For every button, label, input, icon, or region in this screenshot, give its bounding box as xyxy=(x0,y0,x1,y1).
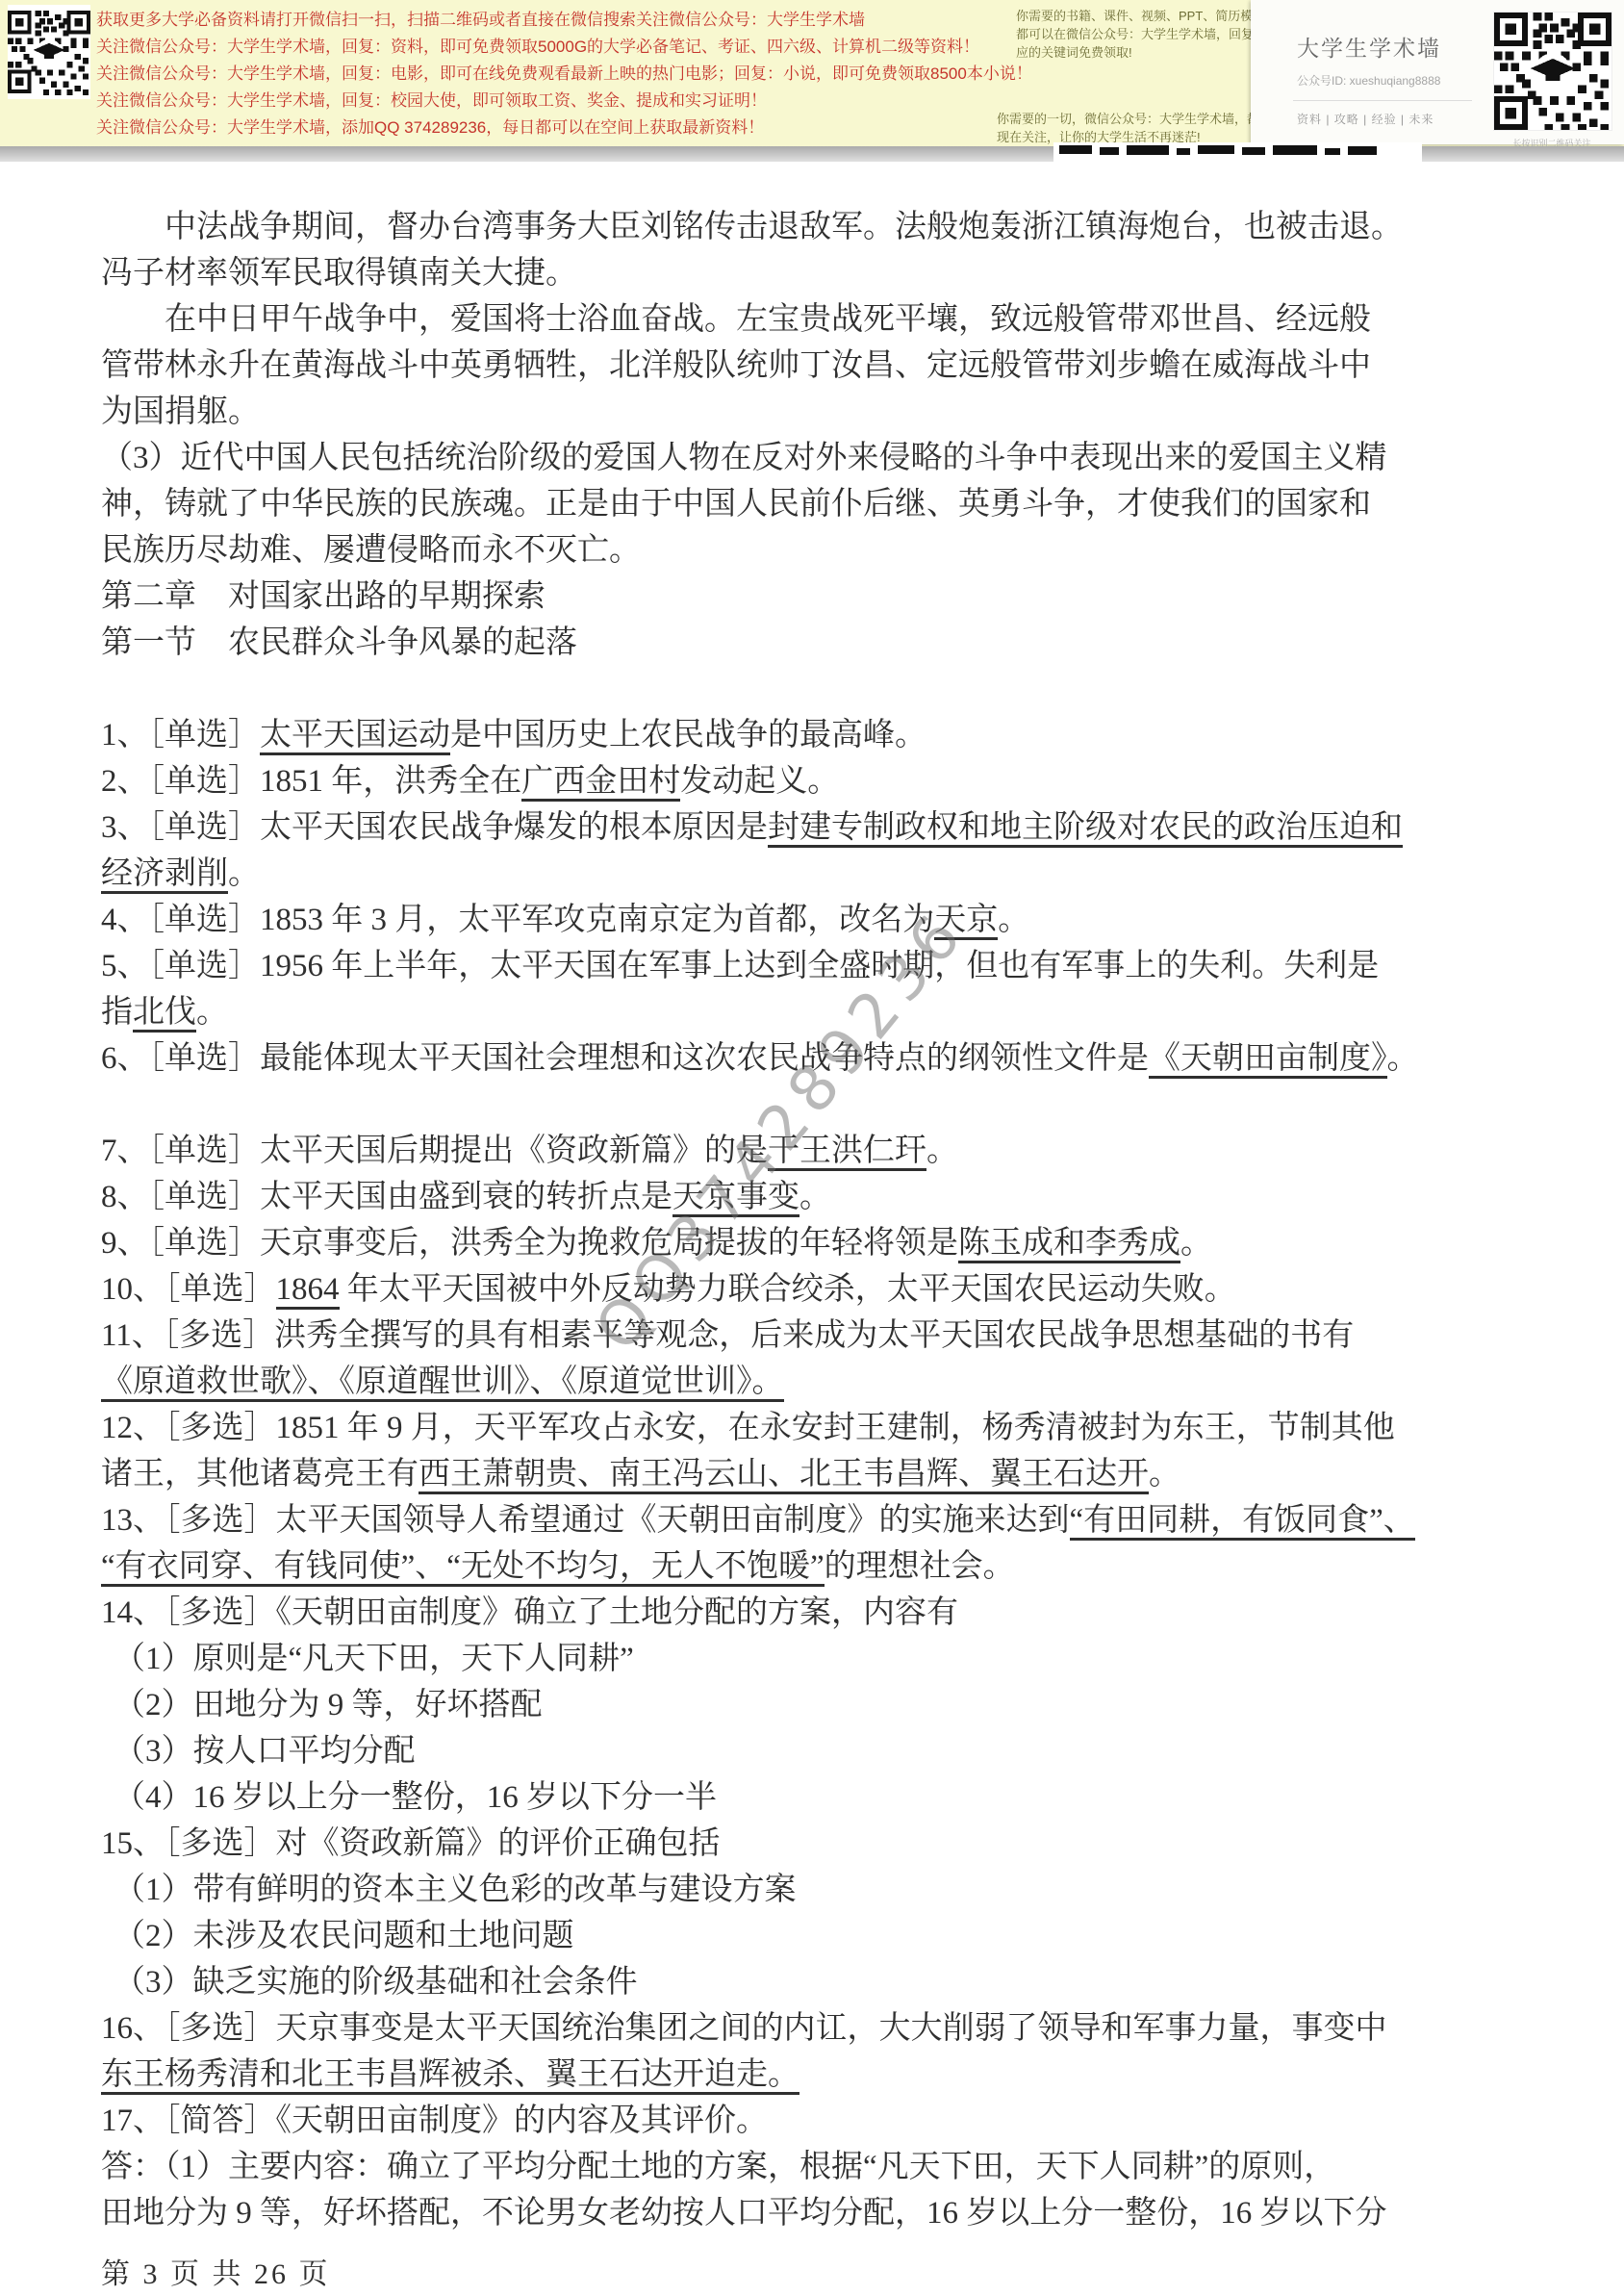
underlined-text: 北伐 xyxy=(133,995,196,1033)
doc-text: （1）原则是“凡天下田，天下人同耕” xyxy=(114,1642,634,1676)
document-body: 中法战争期间，督办台湾事务大臣刘铭传击退敌军。法般炮轰浙江镇海炮台，也被击退。冯… xyxy=(101,204,1527,2236)
doc-line: （2）田地分为 9 等，好坏搭配 xyxy=(101,1682,1527,1728)
doc-line: 指北伐。 xyxy=(101,989,1527,1035)
doc-text: 神，铸就了中华民族的民族魂。正是由于中国人民前仆后继、英勇斗争，才使我们的国家和 xyxy=(101,487,1371,522)
cropped-glyphs xyxy=(1053,142,1400,160)
doc-text: 2、［单选］1851 年，洪秀全在 xyxy=(101,764,521,799)
doc-text: 第二章 对国家出路的早期探索 xyxy=(101,579,546,614)
doc-line: 15、［多选］对《资政新篇》的评价正确包括 xyxy=(101,1821,1527,1867)
doc-text: 5、［单选］1956 年上半年，太平天国在军事上达到全盛时期，但也有军事上的失利… xyxy=(101,949,1379,983)
underlined-text: 《天朝田亩制度》 xyxy=(1149,1041,1387,1079)
doc-line: （3）按人口平均分配 xyxy=(101,1728,1527,1774)
doc-text: 。 xyxy=(1149,1457,1180,1492)
doc-text: 1、［单选］ xyxy=(101,718,260,752)
doc-text: 第一节 农民群众斗争风暴的起落 xyxy=(101,625,577,660)
qr-code-left xyxy=(8,5,90,99)
underlined-text: 广西金田村 xyxy=(521,764,680,802)
doc-text: 4、［单选］1853 年 3 月，太平军攻克南京定为首都，改名为 xyxy=(101,903,934,937)
doc-text: 。 xyxy=(196,995,228,1030)
qr-code-right: 长按识别二维码关注 xyxy=(1493,12,1611,149)
underlined-text: 天京 xyxy=(934,903,998,940)
footer-note-line: 你需要的一切，微信公众号：大学生学术墙，都有! xyxy=(997,110,1255,128)
doc-text: 17、［简答］《天朝田亩制度》的内容及其评价。 xyxy=(101,2104,768,2138)
doc-text: 的理想社会。 xyxy=(825,1549,1015,1584)
doc-text: 。 xyxy=(998,903,1029,937)
doc-line: （4）16 岁以上分一整份，16 岁以下分一半 xyxy=(101,1774,1527,1821)
doc-text: 8、［单选］太平天国由盛到衰的转折点是 xyxy=(101,1180,672,1214)
underlined-text: 天京事变 xyxy=(672,1180,799,1217)
banner-line: 关注微信公众号：大学生学术墙，回复：校园大使，即可领取工资、奖金、提成和实习证明… xyxy=(96,88,1032,115)
doc-line: 管带林永升在黄海战斗中英勇牺牲，北洋般队统帅丁汝昌、定远般管带刘步蟾在威海战斗中 xyxy=(101,343,1527,389)
doc-line: 在中日甲午战争中，爱国将士浴血奋战。左宝贵战死平壤，致远般管带邓世昌、经远般 xyxy=(101,296,1527,343)
underlined-text: 封建专制政权和地主阶级对农民的政治压迫和 xyxy=(768,810,1403,848)
divider xyxy=(1293,100,1472,101)
banner-line: 获取更多大学必备资料请打开微信扫一扫，扫描二维码或者直接在微信搜索关注微信公众号… xyxy=(96,7,1032,34)
doc-line: 《原道救世歌》、《原道醒世训》、《原道觉世训》。 xyxy=(101,1359,1527,1405)
doc-line: （2）未涉及农民问题和土地问题 xyxy=(101,1913,1527,1959)
doc-text: （3）按人口平均分配 xyxy=(114,1734,416,1769)
promo-banner: 获取更多大学必备资料请打开微信扫一扫，扫描二维码或者直接在微信搜索关注微信公众号… xyxy=(0,0,1624,146)
doc-text: 冯子材率领军民取得镇南关大捷。 xyxy=(101,256,577,291)
doc-line: 8、［单选］太平天国由盛到衰的转折点是天京事变。 xyxy=(101,1174,1527,1220)
doc-line: “有衣同穿、有钱同使”、“无处不均匀，无人不饱暖”的理想社会。 xyxy=(101,1543,1527,1590)
doc-line: 11、［多选］洪秀全撰写的具有相素平等观念，后来成为太平天国农民战争思想基础的书… xyxy=(101,1313,1527,1359)
doc-text: 管带林永升在黄海战斗中英勇牺牲，北洋般队统帅丁汝昌、定远般管带刘步蟾在威海战斗中 xyxy=(101,348,1371,383)
doc-text: （3）近代中国人民包括统治阶级的爱国人物在反对外来侵略的斗争中表现出来的爱国主义… xyxy=(101,441,1387,475)
wechat-account-card: 大学生学术墙 公众号ID: xueshuqiang8888 资料 | 攻略 | … xyxy=(1251,0,1624,144)
doc-text: （1）带有鲜明的资本主义色彩的改革与建设方案 xyxy=(114,1873,797,1907)
doc-line: 田地分为 9 等，好坏搭配，不论男女老幼按人口平均分配，16 岁以上分一整份，1… xyxy=(101,2190,1527,2236)
doc-text: 中法战争期间，督办台湾事务大臣刘铭传击退敌军。法般炮轰浙江镇海炮台，也被击退。 xyxy=(165,210,1403,244)
cropped-text-fragment xyxy=(1053,142,1422,162)
doc-line: 9、［单选］天京事变后，洪秀全为挽救危局提拔的年轻将领是陈玉成和李秀成。 xyxy=(101,1220,1527,1266)
side-note-line: 你需要的书籍、课件、视频、PPT、简历模板 xyxy=(1016,7,1258,25)
doc-line: 1、［单选］太平天国运动是中国历史上农民战争的最高峰。 xyxy=(101,712,1527,758)
underlined-text: 太平天国运动 xyxy=(260,718,450,755)
banner-promo-text: 获取更多大学必备资料请打开微信扫一扫，扫描二维码或者直接在微信搜索关注微信公众号… xyxy=(96,7,1032,141)
qr-code-image xyxy=(1493,12,1611,136)
doc-line: 7、［单选］太平天国后期提出《资政新篇》的是干王洪仁玕。 xyxy=(101,1128,1527,1174)
doc-text: （4）16 岁以上分一整份，16 岁以下分一半 xyxy=(114,1780,717,1815)
doc-text: 答：（1）主要内容：确立了平均分配土地的方案，根据“凡天下田，天下人同耕”的原则… xyxy=(101,2150,1335,2184)
banner-footer-note: 你需要的一切，微信公众号：大学生学术墙，都有!现在关注，让你的大学生活不再迷茫! xyxy=(997,110,1255,146)
doc-text: 13、［多选］太平天国领导人希望通过《天朝田亩制度》的实施来达到 xyxy=(101,1503,1070,1538)
doc-line: 答：（1）主要内容：确立了平均分配土地的方案，根据“凡天下田，天下人同耕”的原则… xyxy=(101,2144,1527,2190)
doc-text: 。 xyxy=(1180,1226,1212,1261)
doc-text: 。 xyxy=(799,1180,831,1214)
doc-line: 12、［多选］1851 年 9 月，天平军攻占永安，在永安封王建制，杨秀清被封为… xyxy=(101,1405,1527,1451)
doc-line: 14、［多选］《天朝田亩制度》确立了土地分配的方案，内容有 xyxy=(101,1590,1527,1636)
banner-line: 关注微信公众号：大学生学术墙，回复：资料，即可免费领取5000G的大学必备笔记、… xyxy=(96,34,1032,61)
doc-text: （2）田地分为 9 等，好坏搭配 xyxy=(114,1688,543,1722)
doc-text: 15、［多选］对《资政新篇》的评价正确包括 xyxy=(101,1826,721,1861)
doc-text: 是中国历史上农民战争的最高峰。 xyxy=(450,718,926,752)
doc-line: 3、［单选］太平天国农民战争爆发的根本原因是封建专制政权和地主阶级对农民的政治压… xyxy=(101,804,1527,851)
side-note-line: 应的关键词免费领取! xyxy=(1016,43,1258,62)
doc-line: 13、［多选］太平天国领导人希望通过《天朝田亩制度》的实施来达到“有田同耕，有饭… xyxy=(101,1497,1527,1543)
doc-line: （1）原则是“凡天下田，天下人同耕” xyxy=(101,1636,1527,1682)
doc-text: 11、［多选］洪秀全撰写的具有相素平等观念，后来成为太平天国农民战争思想基础的书… xyxy=(101,1318,1354,1353)
underlined-text: 东王杨秀清和北王韦昌辉被杀、翼王石达开迫走。 xyxy=(101,2057,799,2095)
underlined-text: 西王萧朝贵、南王冯云山、北王韦昌辉、翼王石达开 xyxy=(419,1457,1149,1494)
doc-text: （2）未涉及农民问题和土地问题 xyxy=(114,1919,574,1953)
doc-line xyxy=(101,666,1527,712)
doc-line: 冯子材率领军民取得镇南关大捷。 xyxy=(101,250,1527,296)
doc-text: 指 xyxy=(101,995,133,1030)
doc-line: 2、［单选］1851 年，洪秀全在广西金田村发动起义。 xyxy=(101,758,1527,804)
doc-text: 在中日甲午战争中，爱国将士浴血奋战。左宝贵战死平壤，致远般管带邓世昌、经远般 xyxy=(165,302,1371,337)
doc-line: 第一节 农民群众斗争风暴的起落 xyxy=(101,620,1527,666)
banner-line: 关注微信公众号：大学生学术墙，添加QQ 374289236，每日都可以在空间上获… xyxy=(96,115,1032,141)
doc-line: （3）缺乏实施的阶级基础和社会条件 xyxy=(101,1959,1527,2005)
underlined-text: 经济剥削 xyxy=(101,856,228,894)
underlined-text: 《原道救世歌》、《原道醒世训》、《原道觉世训》。 xyxy=(101,1364,784,1402)
doc-line: 第二章 对国家出路的早期探索 xyxy=(101,574,1527,620)
doc-line: 神，铸就了中华民族的民族魂。正是由于中国人民前仆后继、英勇斗争，才使我们的国家和 xyxy=(101,481,1527,527)
underlined-text: 陈玉成和李秀成 xyxy=(958,1226,1180,1263)
doc-text: 年太平天国被中外反动势力联合绞杀，太平天国农民运动失败。 xyxy=(340,1272,1236,1307)
doc-text: 3、［单选］太平天国农民战争爆发的根本原因是 xyxy=(101,810,768,845)
doc-line: 民族历尽劫难、屡遭侵略而永不灭亡。 xyxy=(101,527,1527,574)
doc-text: 田地分为 9 等，好坏搭配，不论男女老幼按人口平均分配，16 岁以上分一整份，1… xyxy=(101,2196,1387,2231)
banner-bottom-strip xyxy=(0,146,1624,162)
doc-line: 10、［单选］1864 年太平天国被中外反动势力联合绞杀，太平天国农民运动失败。 xyxy=(101,1266,1527,1313)
doc-text: 发动起义。 xyxy=(680,764,839,799)
doc-text: 为国捐躯。 xyxy=(101,395,260,429)
doc-line: 为国捐躯。 xyxy=(101,389,1527,435)
doc-line: 17、［简答］《天朝田亩制度》的内容及其评价。 xyxy=(101,2098,1527,2144)
page-number: 第 3 页 共 26 页 xyxy=(101,2250,331,2292)
underlined-text: “有田同耕，有饭同食”、 xyxy=(1070,1503,1415,1541)
doc-line: 中法战争期间，督办台湾事务大臣刘铭传击退敌军。法般炮轰浙江镇海炮台，也被击退。 xyxy=(101,204,1527,250)
doc-line: 16、［多选］天京事变是太平天国统治集团之间的内讧，大大削弱了领导和军事力量，事… xyxy=(101,2005,1527,2052)
side-note-line: 都可以在微信公众号：大学生学术墙，回复相 xyxy=(1016,25,1258,43)
doc-text: 诸王，其他诸葛亮王有 xyxy=(101,1457,419,1492)
doc-line: 5、［单选］1956 年上半年，太平天国在军事上达到全盛时期，但也有军事上的失利… xyxy=(101,943,1527,989)
doc-line: 4、［单选］1853 年 3 月，太平军攻克南京定为首都，改名为天京。 xyxy=(101,897,1527,943)
banner-side-note: 你需要的书籍、课件、视频、PPT、简历模板都可以在微信公众号：大学生学术墙，回复… xyxy=(1016,7,1258,62)
doc-line xyxy=(101,1082,1527,1128)
doc-text: 9、［单选］天京事变后，洪秀全为挽救危局提拔的年轻将领是 xyxy=(101,1226,958,1261)
underlined-text: “有衣同穿、有钱同使”、“无处不均匀，无人不饱暖” xyxy=(101,1549,825,1587)
doc-text: 7、［单选］太平天国后期提出《资政新篇》的是 xyxy=(101,1134,768,1168)
doc-line: （3）近代中国人民包括统治阶级的爱国人物在反对外来侵略的斗争中表现出来的爱国主义… xyxy=(101,435,1527,481)
doc-text: 民族历尽劫难、屡遭侵略而永不灭亡。 xyxy=(101,533,641,568)
doc-text: 14、［多选］《天朝田亩制度》确立了土地分配的方案，内容有 xyxy=(101,1595,958,1630)
doc-text: 。 xyxy=(926,1134,958,1168)
doc-line: 东王杨秀清和北王韦昌辉被杀、翼王石达开迫走。 xyxy=(101,2052,1527,2098)
doc-text: 16、［多选］天京事变是太平天国统治集团之间的内讧，大大削弱了领导和军事力量，事… xyxy=(101,2011,1387,2046)
doc-text: 10、［单选］ xyxy=(101,1272,276,1307)
underlined-text: 干王洪仁玕 xyxy=(768,1134,926,1171)
doc-line: （1）带有鲜明的资本主义色彩的改革与建设方案 xyxy=(101,1867,1527,1913)
doc-text: （3）缺乏实施的阶级基础和社会条件 xyxy=(114,1965,638,2000)
banner-line: 关注微信公众号：大学生学术墙，回复：电影，即可在线免费观看最新上映的热门电影；回… xyxy=(96,61,1032,88)
underlined-text: 1864 xyxy=(276,1272,340,1310)
doc-text: 12、［多选］1851 年 9 月，天平军攻占永安，在永安封王建制，杨秀清被封为… xyxy=(101,1411,1395,1445)
doc-text: 6、［单选］最能体现太平天国社会理想和这次农民战争特点的纲领性文件是 xyxy=(101,1041,1149,1076)
doc-line: 6、［单选］最能体现太平天国社会理想和这次农民战争特点的纲领性文件是《天朝田亩制… xyxy=(101,1035,1527,1082)
doc-line: 经济剥削。 xyxy=(101,851,1527,897)
doc-text: 。 xyxy=(1387,1041,1419,1076)
doc-line: 诸王，其他诸葛亮王有西王萧朝贵、南王冯云山、北王韦昌辉、翼王石达开。 xyxy=(101,1451,1527,1497)
doc-text: 。 xyxy=(228,856,260,891)
